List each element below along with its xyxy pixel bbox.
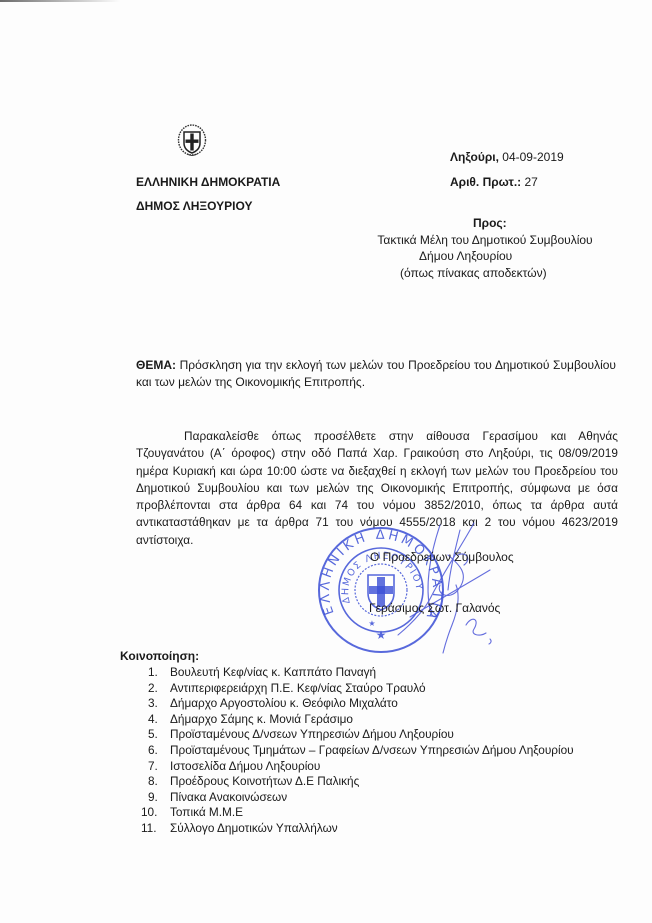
recipients-line-3: (όπως πίνακας αποδεκτών)	[350, 265, 620, 282]
greek-coat-of-arms-icon	[177, 124, 207, 158]
cc-item: 2.Αντιπεριφερειάρχη Π.Ε. Κεφ/νίας Σταύρο…	[152, 681, 574, 697]
protocol-number: 27	[525, 175, 538, 189]
country-heading: ΕΛΛΗΝΙΚΗ ΔΗΜΟΚΡΑΤΙΑ	[136, 175, 280, 189]
handwritten-signature-icon	[370, 515, 530, 655]
document-date: 04-09-2019	[502, 150, 563, 164]
recipients-line-1: Τακτικά Μέλη του Δημοτικού Συμβουλίου	[350, 232, 620, 249]
recipients-line-2: Δήμου Ληξουρίου	[296, 248, 620, 265]
cc-item: 9.Πίνακα Ανακοινώσεων	[152, 790, 574, 806]
municipality-heading: ΔΗΜΟΣ ΛΗΞΟΥΡΙΟΥ	[136, 199, 252, 213]
recipients-block: Προς: Τακτικά Μέλη του Δημοτικού Συμβουλ…	[350, 215, 620, 281]
subject-text: Πρόσκληση για την εκλογή των μελών του Π…	[136, 358, 616, 389]
signatory-title: Ο Προεδρεύων Σύμβουλος	[370, 550, 514, 564]
cc-item: 7.Ιστοσελίδα Δήμου Ληξουρίου	[152, 759, 574, 775]
cc-item: 1.Βουλευτή Κεφ/νίας κ. Καππάτο Παναγή	[152, 665, 574, 681]
place-label: Ληξούρι,	[450, 150, 499, 164]
subject-label: ΘΕΜΑ:	[136, 358, 176, 372]
recipients-label: Προς:	[350, 215, 620, 232]
cc-item: 6.Προϊσταμένους Τμημάτων – Γραφείων Δ/νσ…	[152, 743, 574, 759]
cc-item: 11.Σύλλογο Δημοτικών Υπαλλήλων	[152, 821, 574, 837]
cc-item: 10.Τοπικά Μ.Μ.Ε	[152, 805, 574, 821]
cc-item: 3.Δήμαρχο Αργοστολίου κ. Θεόφιλο Μιχαλάτ…	[152, 696, 574, 712]
cc-item: 8.Προέδρους Κοινοτήτων Δ.Ε Παλικής	[152, 774, 574, 790]
place-date: Ληξούρι, 04-09-2019	[450, 150, 564, 164]
subject-block: ΘΕΜΑ: Πρόσκληση για την εκλογή των μελών…	[136, 357, 616, 390]
cc-list: 1.Βουλευτή Κεφ/νίας κ. Καππάτο Παναγή 2.…	[152, 665, 574, 837]
cc-item: 4.Δήμαρχο Σάμης κ. Μονιά Γεράσιμο	[152, 712, 574, 728]
scan-edge	[0, 0, 120, 2]
cc-item: 5.Προϊσταμένους Δ/νσεων Υπηρεσιών Δήμου …	[152, 727, 574, 743]
cc-label: Κοινοποίηση:	[120, 649, 199, 663]
protocol-label: Αριθ. Πρωτ.:	[450, 175, 521, 189]
protocol-number-line: Αριθ. Πρωτ.: 27	[450, 175, 538, 189]
document-page: ΕΛΛΗΝΙΚΗ ΔΗΜΟΚΡΑΤΙΑ ΔΗΜΟΣ ΛΗΞΟΥΡΙΟΥ Ληξο…	[0, 0, 652, 923]
signatory-name: Γεράσιμος Σωτ. Γαλανός	[369, 601, 500, 615]
